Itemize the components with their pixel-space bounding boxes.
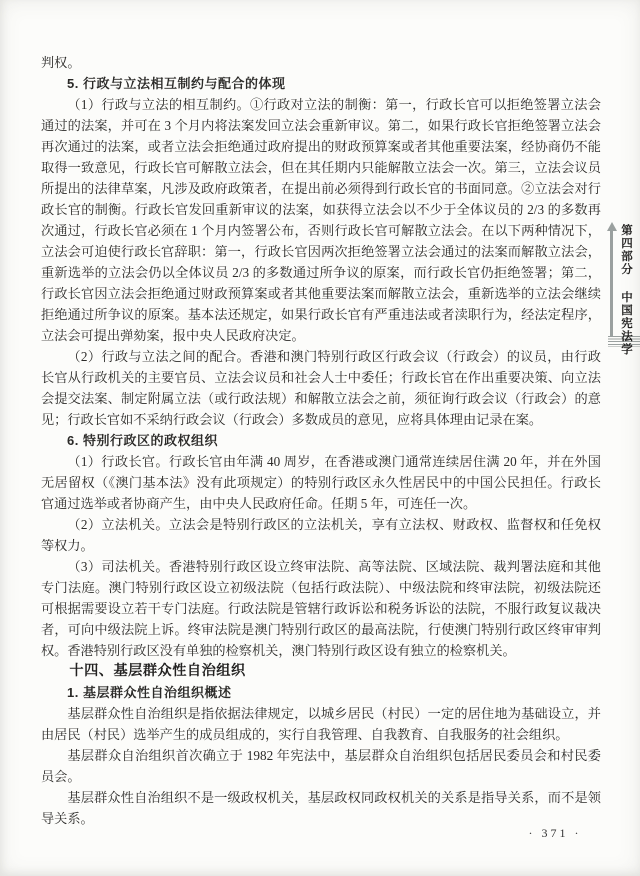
paragraph: 基层群众自治组织首次确立于 1982 年宪法中，基层群众自治组织包括居民委员会和… [41,745,601,787]
paragraph: （3）司法机关。香港特别行政区设立终审法院、高等法院、区域法院、裁判署法庭和其他… [41,556,601,661]
paragraph: 基层群众性自治组织不是一级政权机关，基层政权同政权机关的关系是指导关系，而不是领… [41,787,601,829]
text-column: 判权。 5. 行政与立法相互制约与配合的体现 （1）行政与立法的相互制约。①行政… [41,52,601,829]
up-arrow-icon [610,230,613,336]
paragraph: （2）立法机关。立法会是特别行政区的立法机关，享有立法权、财政权、监督权和任免权… [41,514,601,556]
chapter-edge-tab: 第四部分 中国宪法学 [602,220,640,352]
paragraph: （1）行政与立法的相互制约。①行政对立法的制衡：第一，行政长官可以拒绝签署立法会… [41,94,601,346]
paragraph: 基层群众性自治组织是指依据法律规定，以城乡居民（村民）一定的居住地为基础设立，并… [41,703,601,745]
section-heading-14: 十四、基层群众性自治组织 [41,661,601,682]
book-page: 判权。 5. 行政与立法相互制约与配合的体现 （1）行政与立法的相互制约。①行政… [0,0,640,876]
paragraph: （2）行政与立法之间的配合。香港和澳门特别行政区行政会议（行政会）的议员，由行政… [41,346,601,430]
subheading-6: 6. 特别行政区的政权组织 [41,430,601,451]
chapter-tab-label: 第四部分 中国宪法学 [618,224,634,344]
paragraph: （1）行政长官。行政长官由年满 40 周岁，在香港或澳门通常连续居住满 20 年… [41,451,601,514]
subheading-14-1: 1. 基层群众性自治组织概述 [41,682,601,703]
paragraph-continuation: 判权。 [41,52,601,73]
subject-label: 中国宪法学 [620,291,632,356]
part-label: 第四部分 [620,224,632,276]
page-number: · 371 · [500,826,610,841]
subheading-5: 5. 行政与立法相互制约与配合的体现 [41,73,601,94]
